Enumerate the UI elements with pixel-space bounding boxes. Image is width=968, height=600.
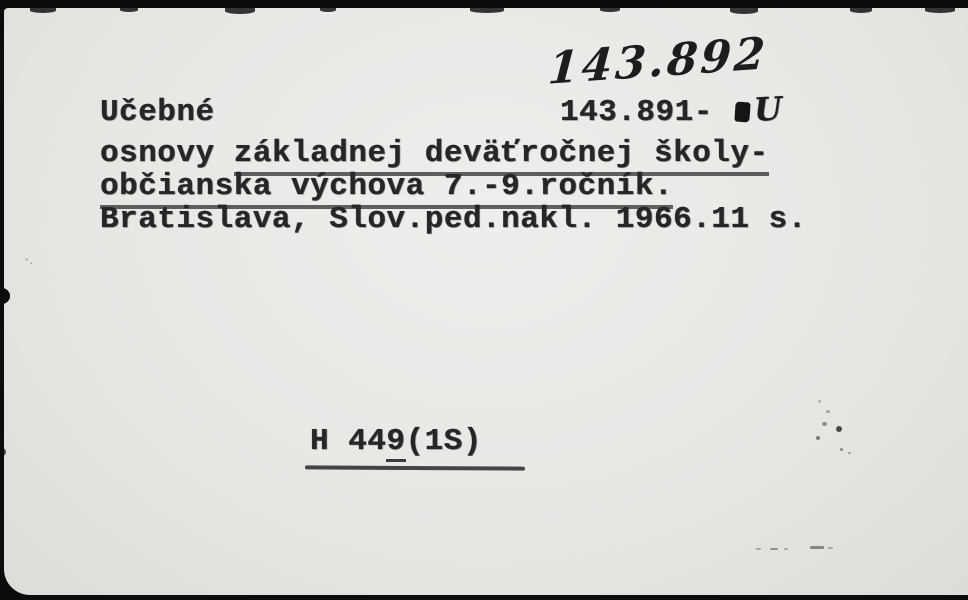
scan-edge-artifact (925, 8, 955, 13)
scan-edge-artifact (600, 8, 620, 12)
handwritten-classmark: 143.892 (546, 28, 769, 95)
call-number-underlined-digit: 9 (386, 424, 405, 462)
paper-speck (816, 436, 820, 440)
imprint-line: Bratislava, Slov.ped.nakl. 1966.11 s. (100, 202, 807, 235)
scan-edge-artifact (470, 8, 504, 13)
smudge-dash (810, 546, 824, 549)
paper-speck (818, 400, 821, 403)
pencil-check-mark: ˇ· (24, 257, 33, 270)
ink-speck (836, 426, 842, 432)
ink-blot (734, 102, 750, 123)
call-number-prefix: H 44 (310, 424, 386, 459)
scan-edge-artifact (225, 8, 255, 14)
title-line-1: osnovy základnej deväťročnej školy- (100, 136, 807, 169)
smudge-dash (828, 547, 833, 549)
scan-edge-artifact (730, 8, 758, 14)
handwritten-annotation-letter: U (753, 89, 783, 128)
paper-speck (848, 452, 851, 454)
title-line1-prefix: osnovy (100, 136, 234, 171)
call-number-underline (305, 465, 525, 470)
title-block: osnovy základnej deväťročnej školy- obči… (100, 136, 807, 235)
smudge-dash (756, 548, 761, 550)
scan-edge-artifact (850, 8, 872, 13)
paper-speck (840, 448, 843, 451)
call-number: H 449(1S) (310, 424, 482, 459)
scan-edge-artifact (120, 8, 138, 12)
paper-speck (822, 422, 827, 426)
typed-classmark-row: 143.891-U (560, 90, 782, 130)
smudge-dash (784, 548, 788, 550)
smudge-dash (770, 548, 778, 550)
call-number-suffix: (1S) (406, 424, 482, 459)
scanned-catalog-card-page: Učebné 143.892 143.891-U osnovy základne… (0, 0, 968, 600)
catalog-card: Učebné 143.892 143.891-U osnovy základne… (4, 8, 968, 595)
typed-classmark: 143.891- (560, 95, 713, 130)
scan-edge-artifact (320, 8, 336, 12)
scan-edge-artifact (30, 8, 56, 13)
paper-speck (826, 410, 830, 413)
card-heading: Učebné (100, 95, 215, 130)
